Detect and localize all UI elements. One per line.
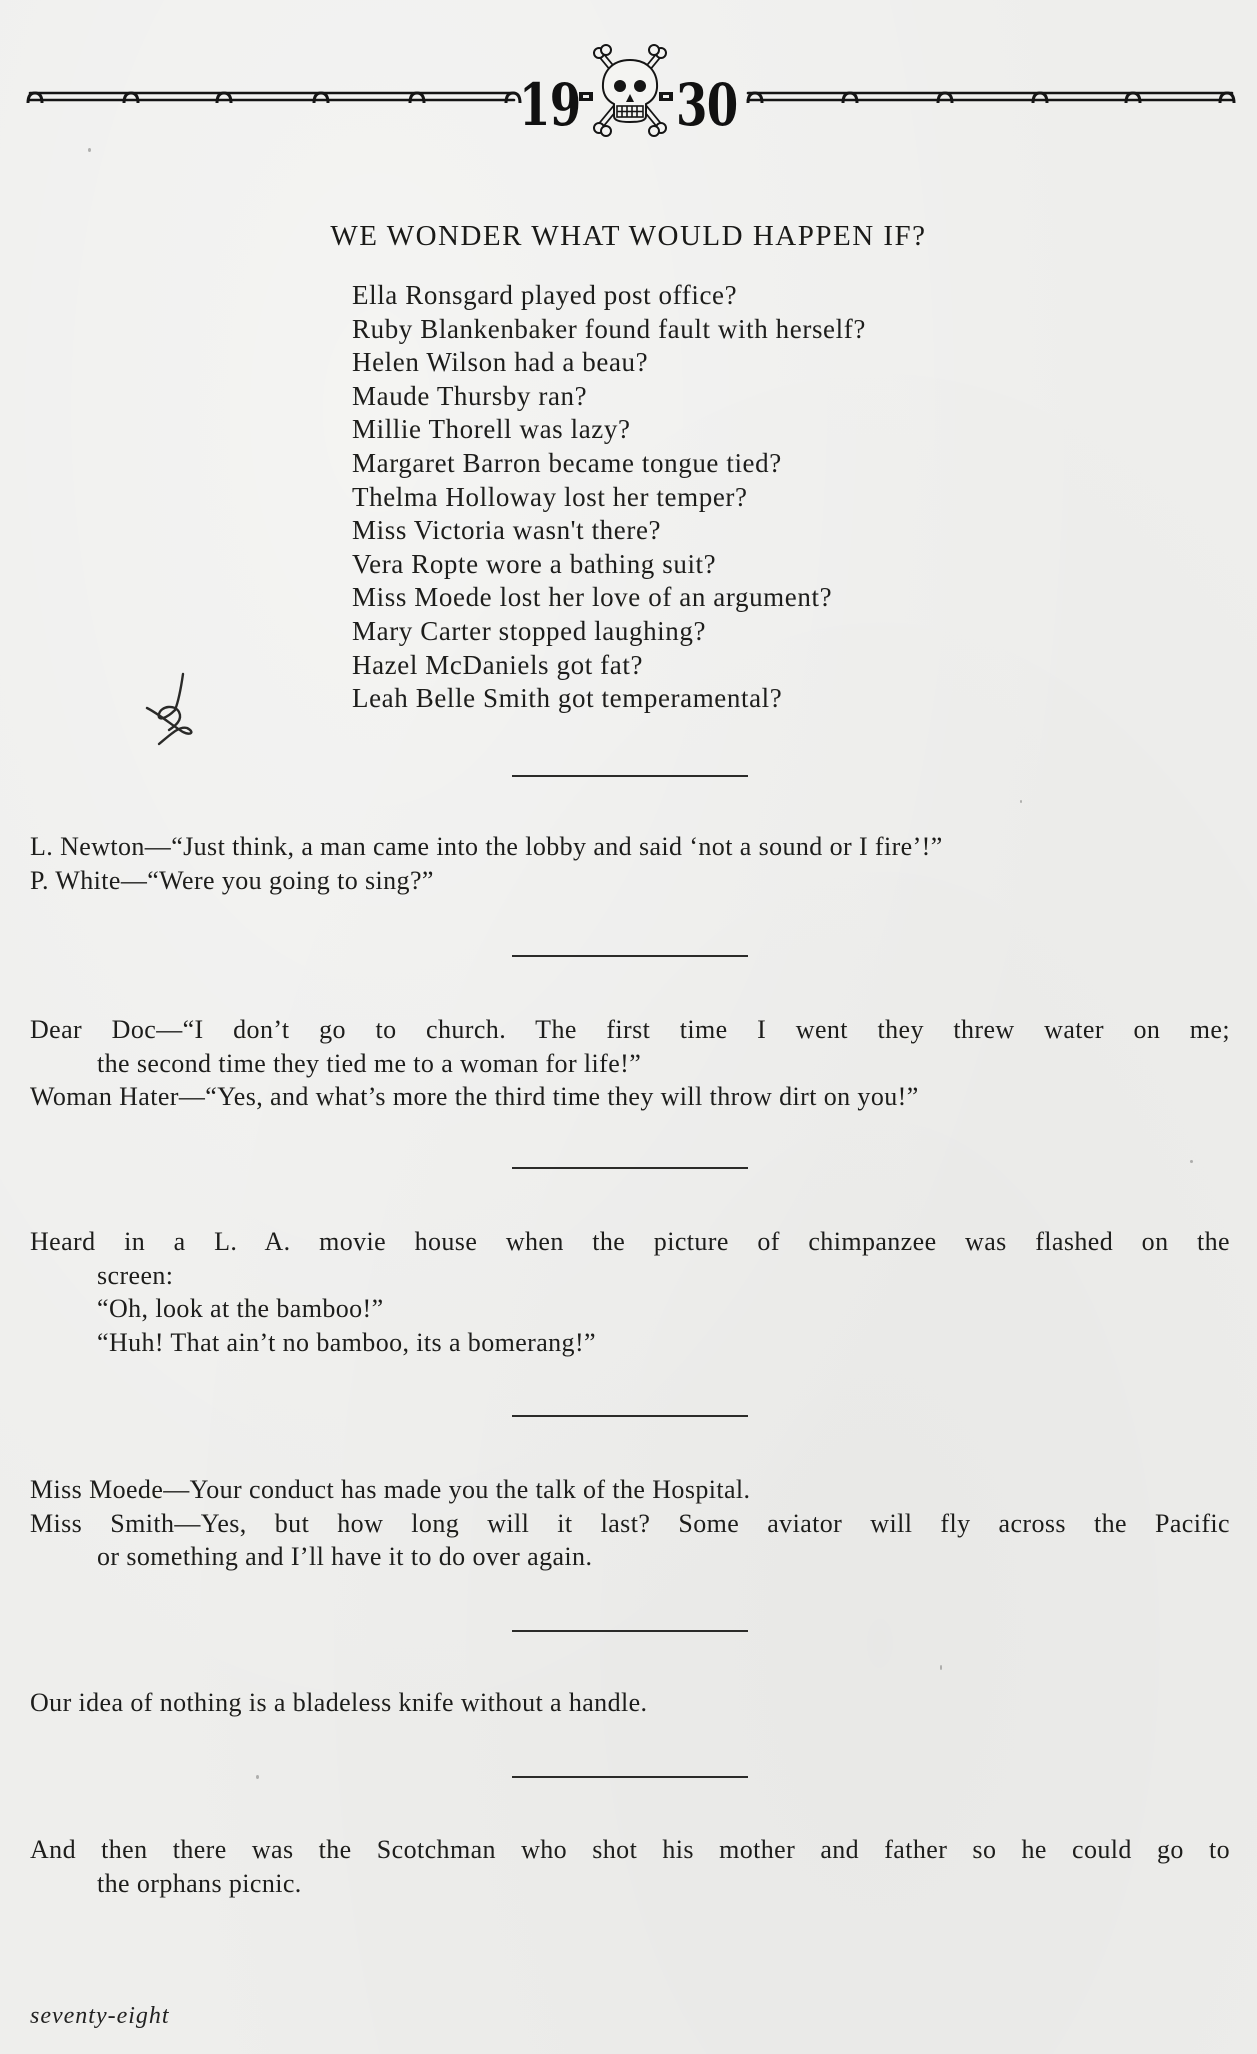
skull-and-crossbones-icon [590, 42, 670, 138]
joke-movie-house: Heard in a L. A. movie house when the pi… [30, 1225, 1230, 1359]
year-right: 30 [676, 76, 737, 134]
joke-bladeless-knife: Our idea of nothing is a bladeless knife… [30, 1686, 1230, 1720]
list-item: Ruby Blankenbaker found fault with herse… [352, 313, 866, 347]
joke-line: “Oh, look at the bamboo!” [30, 1292, 1230, 1326]
joke-dear-doc: Dear Doc—“I don’t go to church. The firs… [30, 1013, 1230, 1114]
wonder-list: Ella Ronsgard played post office? Ruby B… [352, 279, 866, 716]
joke-line: the second time they tied me to a woman … [30, 1047, 1230, 1081]
joke-newton-white: L. Newton—“Just think, a man came into t… [30, 830, 1230, 897]
list-item: Helen Wilson had a beau? [352, 346, 866, 380]
section-divider [512, 1630, 748, 1632]
list-item: Miss Victoria wasn't there? [352, 514, 866, 548]
page-number: seventy-eight [30, 2003, 170, 2030]
yearbook-header: 19 30 [0, 40, 1257, 150]
list-item: Thelma Holloway lost her temper? [352, 481, 866, 515]
joke-line: Our idea of nothing is a bladeless knife… [30, 1686, 1230, 1720]
section-divider [512, 775, 748, 777]
paper-speck [940, 1665, 942, 1670]
section-divider [512, 1776, 748, 1778]
year-left: 19 [519, 76, 580, 134]
joke-line: “Huh! That ain’t no bamboo, its a bomera… [30, 1326, 1230, 1360]
section-divider [512, 955, 748, 957]
joke-line: Miss Moede—Your conduct has made you the… [30, 1473, 1230, 1507]
joke-line: Woman Hater—“Yes, and what’s more the th… [30, 1080, 1230, 1114]
list-item: Margaret Barron became tongue tied? [352, 447, 866, 481]
list-item: Leah Belle Smith got temperamental? [352, 682, 866, 716]
list-item: Millie Thorell was lazy? [352, 413, 866, 447]
section-title: WE WONDER WHAT WOULD HAPPEN IF? [0, 220, 1257, 253]
joke-line: P. White—“Were you going to sing?” [30, 864, 1230, 898]
handwritten-mark-icon [145, 668, 215, 748]
list-item: Mary Carter stopped laughing? [352, 615, 866, 649]
joke-line: screen: [30, 1259, 1230, 1293]
list-item: Ella Ronsgard played post office? [352, 279, 866, 313]
joke-hospital: Miss Moede—Your conduct has made you the… [30, 1473, 1230, 1574]
joke-line: And then there was the Scotchman who sho… [30, 1833, 1230, 1867]
joke-line: the orphans picnic. [30, 1867, 1230, 1901]
list-item: Vera Ropte wore a bathing suit? [352, 548, 866, 582]
list-item: Maude Thursby ran? [352, 380, 866, 414]
joke-line: Dear Doc—“I don’t go to church. The firs… [30, 1013, 1230, 1047]
section-divider [512, 1415, 748, 1417]
paper-speck [1020, 800, 1022, 803]
list-item: Miss Moede lost her love of an argument? [352, 581, 866, 615]
joke-line: Miss Smith—Yes, but how long will it las… [30, 1507, 1230, 1541]
paper-speck [88, 148, 91, 152]
list-item: Hazel McDaniels got fat? [352, 649, 866, 683]
joke-line: or something and I’ll have it to do over… [30, 1540, 1230, 1574]
paper-speck [256, 1775, 259, 1779]
joke-scotchman: And then there was the Scotchman who sho… [30, 1833, 1230, 1900]
joke-line: Heard in a L. A. movie house when the pi… [30, 1225, 1230, 1259]
paper-speck [1190, 1160, 1193, 1163]
joke-line: L. Newton—“Just think, a man came into t… [30, 830, 1230, 864]
section-divider [512, 1167, 748, 1169]
